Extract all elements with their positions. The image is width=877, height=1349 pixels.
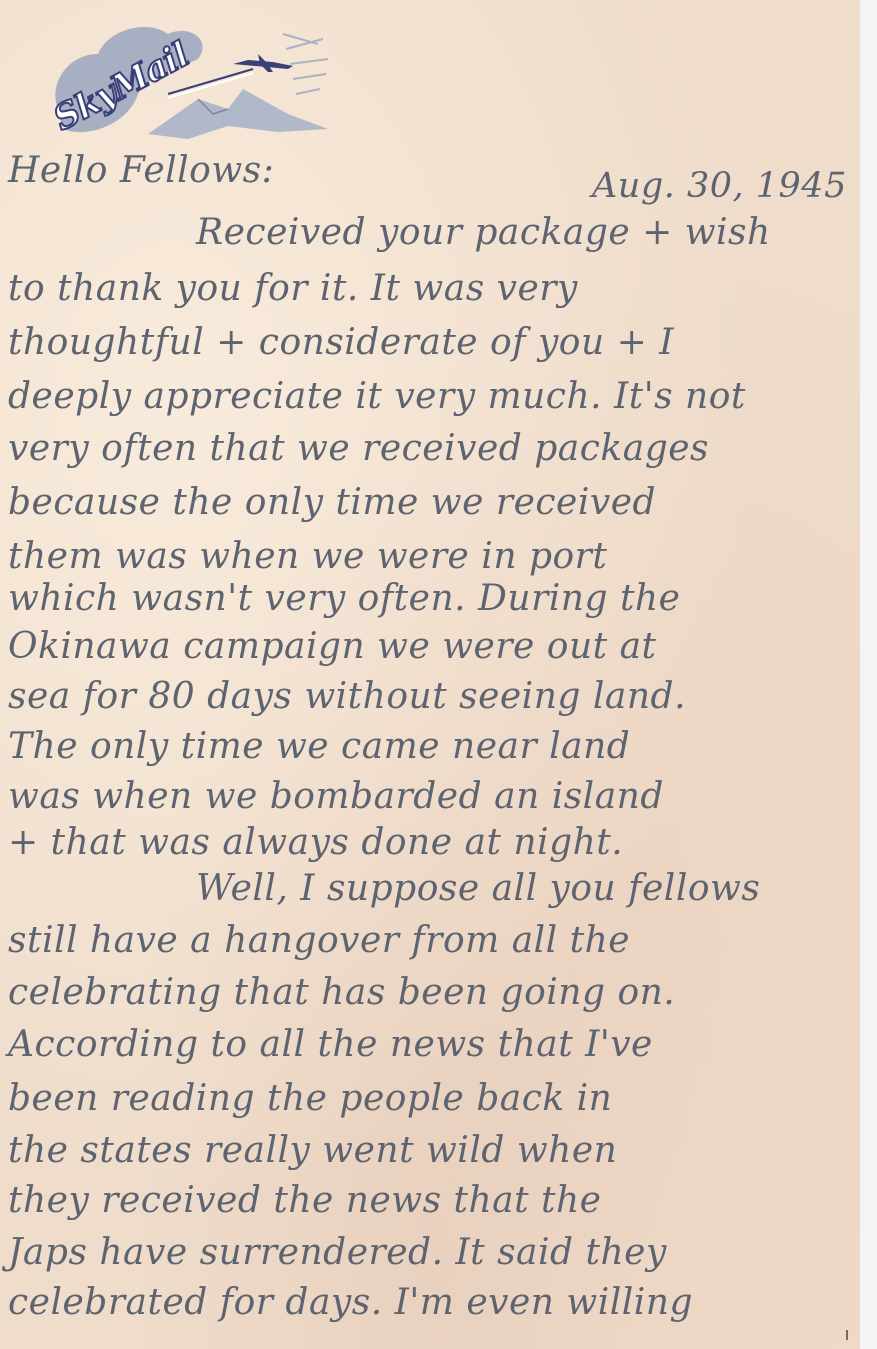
letter-line: to thank you for it. It was very	[8, 268, 578, 309]
skymail-letterhead: SkyMail	[28, 14, 338, 164]
letter-line: they received the news that the	[8, 1180, 601, 1221]
letter-line: + that was always done at night.	[8, 822, 623, 863]
letter-line: Well, I suppose all you fellows	[196, 868, 760, 909]
letter-line: Received your package + wish	[196, 212, 771, 253]
letter-line: was when we bombarded an island	[8, 776, 664, 817]
letter-line: celebrated for days. I'm even willing	[8, 1282, 693, 1323]
letter-line: been reading the people back in	[8, 1078, 612, 1119]
letter-line: still have a hangover from all the	[8, 920, 630, 961]
letter-line: Okinawa campaign we were out at	[8, 626, 657, 667]
letter-line: very often that we received packages	[8, 428, 709, 469]
letter-date: Aug. 30, 1945	[592, 166, 847, 206]
letter-line: According to all the news that I've	[8, 1024, 653, 1065]
letter-line: the states really went wild when	[8, 1130, 617, 1171]
letter-line: thoughtful + considerate of you + I	[8, 322, 674, 363]
letter-line: deeply appreciate it very much. It's not	[8, 376, 746, 417]
letter-line: because the only time we received	[8, 482, 656, 523]
letter-page: SkyMail Hello Fellows: Aug. 30, 1945 Rec…	[0, 0, 860, 1349]
letter-line: which wasn't very often. During the	[8, 578, 680, 619]
letter-line: sea for 80 days without seeing land.	[8, 676, 686, 717]
salutation: Hello Fellows:	[8, 150, 274, 191]
letter-line: Japs have surrendered. It said they	[8, 1232, 667, 1273]
letter-line: celebrating that has been going on.	[8, 972, 675, 1013]
letter-line: The only time we came near land	[8, 726, 630, 767]
letter-line: them was when we were in port	[8, 536, 607, 577]
paper-mark	[846, 1330, 848, 1340]
